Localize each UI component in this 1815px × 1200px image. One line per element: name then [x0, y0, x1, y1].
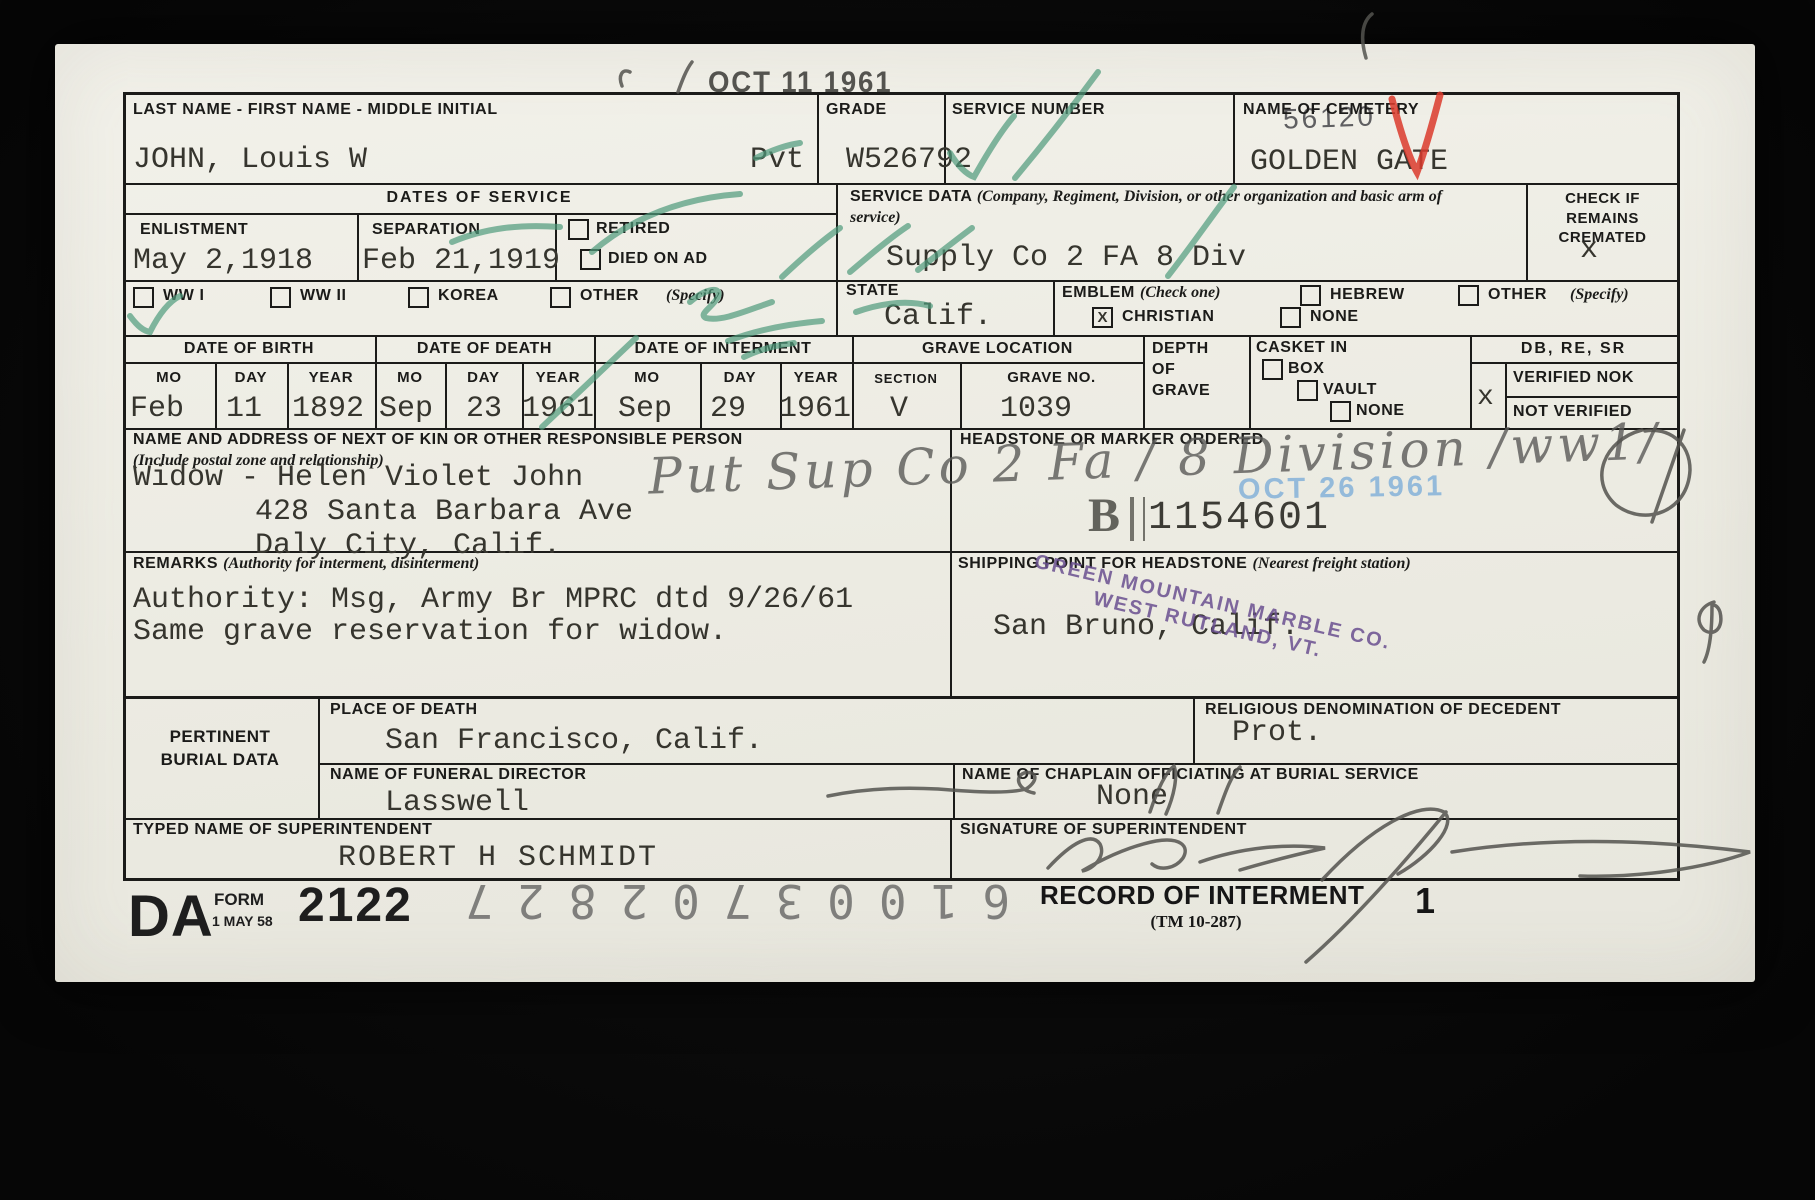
grave-no-value: 1039: [1000, 392, 1072, 426]
shipping-point-label: SHIPPING POINT FOR HEADSTONE (Nearest fr…: [958, 555, 1411, 573]
funeral-director-label: NAME OF FUNERAL DIRECTOR: [330, 766, 586, 784]
section-label: SECTION: [852, 371, 960, 386]
divider: [123, 818, 1677, 820]
death-day-label: DAY: [445, 369, 522, 386]
separation-value: Feb 21,1919: [362, 244, 560, 278]
war-other-label: OTHER: [580, 287, 639, 305]
divider: [1470, 362, 1677, 364]
nok-line1: Widow - Helen Violet John: [133, 461, 583, 495]
checkbox-war-other: [550, 287, 571, 308]
religion-value: Prot.: [1232, 716, 1322, 750]
checkbox-casket-none: [1330, 401, 1351, 422]
service-data-label-text: SERVICE DATA: [850, 188, 972, 205]
birth-day-value: 11: [226, 392, 262, 426]
checkbox-ww2: [270, 287, 291, 308]
remarks-line1: Authority: Msg, Army Br MPRC dtd 9/26/61: [133, 583, 853, 617]
ww1-label: WW I: [163, 287, 205, 305]
divider: [836, 280, 838, 335]
enlistment-label: ENLISTMENT: [140, 221, 248, 239]
interment-year-value: 1961: [779, 392, 851, 426]
name-field-label: LAST NAME - FIRST NAME - MIDDLE INITIAL: [133, 101, 498, 119]
name-value: JOHN, Louis W: [133, 143, 367, 177]
date-of-interment-label: DATE OF INTERMENT: [594, 340, 852, 358]
remarks-hint: (Authority for interment, disinterment): [223, 555, 479, 572]
order-date-stamp: OCT 26 1961: [1238, 470, 1446, 507]
date-of-death-label: DATE OF DEATH: [375, 340, 594, 358]
casket-none-label: NONE: [1356, 402, 1405, 420]
upside-down-serial-stamp: 61003702827: [430, 874, 1010, 928]
divider: [123, 696, 1677, 699]
emblem-other-label: OTHER: [1488, 286, 1547, 304]
nok-label-text: NAME AND ADDRESS OF NEXT OF KIN OR OTHER…: [133, 431, 743, 448]
grade-field-label: GRADE: [826, 101, 887, 119]
remarks-label-text: REMARKS: [133, 555, 218, 572]
christian-check-mark: X: [1097, 309, 1107, 326]
birth-mo-label: MO: [123, 369, 215, 386]
retired-label: RETIRED: [596, 220, 670, 238]
checkbox-casket-vault: [1297, 380, 1318, 401]
death-year-value: 1961: [522, 392, 594, 426]
divider: [123, 280, 1677, 282]
korea-label: KOREA: [438, 287, 499, 305]
nok-line2: 428 Santa Barbara Ave: [255, 495, 633, 529]
grave-location-label: GRAVE LOCATION: [852, 340, 1143, 358]
state-value: Calif.: [884, 300, 992, 334]
db-re-sr-label: DB, RE, SR: [1470, 340, 1677, 358]
pertinent-burial-data-label: PERTINENT BURIAL DATA: [150, 726, 290, 772]
divider: [357, 213, 359, 280]
chaplain-label: NAME OF CHAPLAIN OFFICIATING AT BURIAL S…: [962, 766, 1419, 784]
ww2-label: WW II: [300, 287, 347, 305]
death-day-value: 23: [466, 392, 502, 426]
birth-year-label: YEAR: [287, 369, 375, 386]
place-of-death-value: San Francisco, Calif.: [385, 724, 763, 758]
form-title: RECORD OF INTERMENT: [1040, 880, 1352, 911]
emblem-label: EMBLEM (Check one): [1062, 284, 1220, 302]
checkbox-korea: [408, 287, 429, 308]
service-data-value: Supply Co 2 FA 8 Div: [886, 241, 1246, 275]
divider: [318, 763, 1677, 765]
form-tm-reference: (TM 10-287): [1040, 912, 1352, 932]
interment-year-label: YEAR: [780, 369, 852, 386]
remarks-label: REMARKS (Authority for interment, disint…: [133, 555, 479, 573]
order-prefix-bracket: [1130, 497, 1145, 541]
verified-nok-label: VERIFIED NOK: [1513, 369, 1634, 387]
divider: [953, 763, 955, 818]
interment-day-value: 29: [710, 392, 746, 426]
divider: [817, 92, 819, 183]
form-agency-code: DA: [128, 883, 214, 950]
grave-no-label: GRAVE NO.: [960, 369, 1143, 386]
form-word: FORM: [214, 890, 264, 910]
interment-mo-label: MO: [594, 369, 700, 386]
died-on-ad-label: DIED ON AD: [608, 250, 708, 268]
checkbox-retired: [568, 219, 589, 240]
death-year-label: YEAR: [522, 369, 594, 386]
birth-day-label: DAY: [215, 369, 287, 386]
form-edition-date: 1 MAY 58: [212, 913, 273, 929]
divider: [1526, 183, 1528, 280]
checkbox-emblem-none: [1280, 307, 1301, 328]
divider: [836, 183, 838, 280]
funeral-director-value: Lasswell: [385, 786, 529, 820]
emblem-label-text: EMBLEM: [1062, 284, 1135, 301]
form-number: 2122: [298, 878, 413, 933]
cremated-label: CHECK IF REMAINS CREMATED: [1530, 189, 1675, 248]
divider: [1505, 396, 1677, 398]
death-mo-value: Sep: [379, 392, 433, 426]
war-other-hint: (Specify): [666, 287, 725, 305]
state-label: STATE: [846, 282, 899, 300]
divider: [318, 696, 320, 818]
grade-value: Pvt: [750, 143, 804, 177]
cemetery-value: GOLDEN GATE: [1250, 145, 1448, 179]
verified-mark: x: [1477, 382, 1494, 413]
cemetery-field-label: NAME OF CEMETERY: [1243, 101, 1419, 119]
typed-superintendent-value: ROBERT H SCHMIDT: [338, 841, 658, 875]
casket-in-label: CASKET IN: [1256, 339, 1348, 357]
checkbox-ww1: [133, 287, 154, 308]
casket-box-label: BOX: [1288, 360, 1324, 378]
shipping-point-hint: (Nearest freight station): [1252, 555, 1410, 572]
cremated-mark: x: [1580, 233, 1598, 267]
casket-vault-label: VAULT: [1323, 381, 1377, 399]
christian-label: CHRISTIAN: [1122, 308, 1215, 326]
death-mo-label: MO: [375, 369, 445, 386]
emblem-none-label: NONE: [1310, 308, 1359, 326]
divider: [1193, 696, 1195, 763]
checkbox-hebrew: [1300, 285, 1321, 306]
divider: [1143, 335, 1145, 428]
service-data-label: SERVICE DATA (Company, Regiment, Divisio…: [850, 187, 1450, 229]
divider: [123, 213, 836, 215]
divider: [950, 551, 952, 696]
page-number: 1: [1415, 880, 1435, 922]
divider: [1249, 335, 1251, 428]
birth-year-value: 1892: [292, 392, 364, 426]
divider: [1053, 280, 1055, 335]
date-of-birth-label: DATE OF BIRTH: [123, 340, 375, 358]
checkbox-emblem-other: [1458, 285, 1479, 306]
place-of-death-label: PLACE OF DEATH: [330, 701, 478, 719]
service-number-value: W526792: [846, 143, 972, 177]
interment-mo-value: Sep: [618, 392, 672, 426]
divider: [123, 362, 852, 364]
divider: [950, 818, 952, 878]
hebrew-label: HEBREW: [1330, 286, 1405, 304]
dates-of-service-title: DATES OF SERVICE: [123, 189, 836, 207]
divider: [123, 335, 1677, 337]
divider: [852, 362, 1143, 364]
divider: [123, 183, 1677, 185]
chaplain-value: None: [1096, 780, 1168, 814]
scanned-interment-record: OCT 11 1961 56120 LAST NAME - FIRST NAME…: [0, 0, 1815, 1200]
order-prefix-stamp: B: [1088, 488, 1120, 543]
separation-label: SEPARATION: [372, 221, 481, 239]
typed-superintendent-label: TYPED NAME OF SUPERINTENDENT: [133, 821, 433, 839]
interment-day-label: DAY: [700, 369, 780, 386]
checkbox-died-on-ad: [580, 249, 601, 270]
signature-superintendent-label: SIGNATURE OF SUPERINTENDENT: [960, 821, 1247, 839]
section-value: V: [890, 392, 908, 426]
emblem-other-hint: (Specify): [1570, 286, 1629, 304]
birth-mo-value: Feb: [130, 392, 184, 426]
enlistment-value: May 2,1918: [133, 244, 313, 278]
checkbox-christian: X: [1092, 307, 1113, 328]
checkbox-casket-box: [1262, 359, 1283, 380]
emblem-hint: (Check one): [1140, 284, 1220, 301]
divider: [1233, 92, 1235, 183]
service-number-field-label: SERVICE NUMBER: [952, 101, 1105, 119]
depth-of-grave-label: DEPTH OF GRAVE: [1152, 339, 1232, 401]
remarks-line2: Same grave reservation for widow.: [133, 615, 727, 649]
